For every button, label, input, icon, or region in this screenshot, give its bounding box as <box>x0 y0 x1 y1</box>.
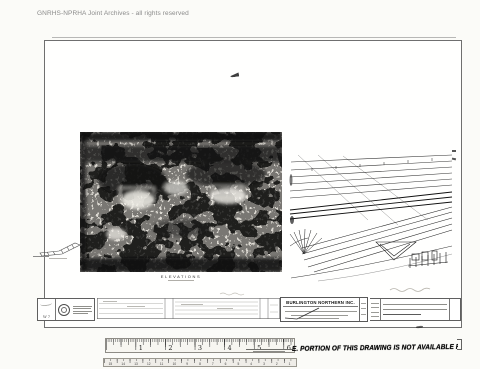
cm-label: 15 <box>104 362 117 366</box>
cm-label: 1 <box>283 362 296 366</box>
stamp-initials-scribble <box>40 300 52 306</box>
photo-note-caption: E. PORTION OF THIS DRAWING IS NOT AVAILA… <box>292 338 458 352</box>
cm-label: 6 <box>219 362 232 366</box>
photo-caption: ELEVATIONS <box>80 274 282 279</box>
cm-label: 11 <box>155 362 168 366</box>
info-line <box>383 314 421 315</box>
inch-label: 4 <box>215 344 245 352</box>
cm-label: 7 <box>206 362 219 366</box>
cm-label: 8 <box>194 362 207 366</box>
track-ticks <box>312 158 432 171</box>
cm-label: 14 <box>117 362 130 366</box>
drawing-info-box <box>370 298 461 321</box>
info-divider <box>449 299 450 320</box>
stamp-number: W 7 <box>38 315 55 319</box>
metric-scale: 151413121110987654321 <box>103 358 297 367</box>
stamp-number-cell: W 7 <box>38 299 56 320</box>
border-tick <box>452 150 456 152</box>
yard-horizontal-tracks <box>290 155 452 198</box>
pencil-scribble <box>218 291 246 296</box>
inch-label: 3 <box>185 344 215 352</box>
cm-label: 12 <box>142 362 155 366</box>
edge-smudge <box>290 216 294 224</box>
scanned-archive-page: GNRHS-NPRHA Joint Archives - all rights … <box>0 0 480 369</box>
inch-label: 1 <box>126 344 156 352</box>
cm-label: 4 <box>245 362 258 366</box>
margin-sketch <box>37 239 83 261</box>
stamp-box: W 7 <box>37 298 95 321</box>
title-block: BURLINGTON NORTHERN INC. <box>280 297 368 322</box>
yard-structures <box>408 251 448 268</box>
metric-cm-labels: 151413121110987654321 <box>104 359 296 366</box>
cm-label: 10 <box>168 362 181 366</box>
stamp-text-lines <box>72 304 93 316</box>
sheet-edge-line <box>52 37 456 38</box>
caption-bracket <box>457 339 462 350</box>
title-side-column <box>359 298 367 321</box>
cm-label: 13 <box>130 362 143 366</box>
photo-caption-underline <box>168 280 194 281</box>
turntable-fan-tracks <box>290 229 322 254</box>
railroad-seal-icon <box>58 304 70 316</box>
photo-note-text: E. PORTION OF THIS DRAWING IS NOT AVAILA… <box>292 342 458 352</box>
photo-scan-panel <box>80 132 282 272</box>
cm-label: 2 <box>270 362 283 366</box>
company-name: BURLINGTON NORTHERN INC. <box>281 300 360 305</box>
cm-label: 9 <box>181 362 194 366</box>
inch-label: 2 <box>156 344 186 352</box>
edge-smudge <box>290 174 293 186</box>
cm-label: 5 <box>232 362 245 366</box>
track-plan-drawing <box>288 150 454 285</box>
check-mark-scribble <box>283 306 323 320</box>
photo-noise <box>80 132 282 272</box>
registration-line <box>33 256 49 257</box>
ruler-brand-text <box>246 348 292 353</box>
stamp-seal-cell <box>56 299 94 320</box>
cm-label: 3 <box>258 362 271 366</box>
archive-watermark: GNRHS-NPRHA Joint Archives - all rights … <box>37 10 189 17</box>
revision-table <box>97 298 280 319</box>
info-line <box>383 309 447 310</box>
pencil-scribble <box>388 286 432 292</box>
info-line <box>383 304 447 305</box>
yard-diagonal-tracks <box>298 155 452 272</box>
info-left-column <box>370 299 381 320</box>
